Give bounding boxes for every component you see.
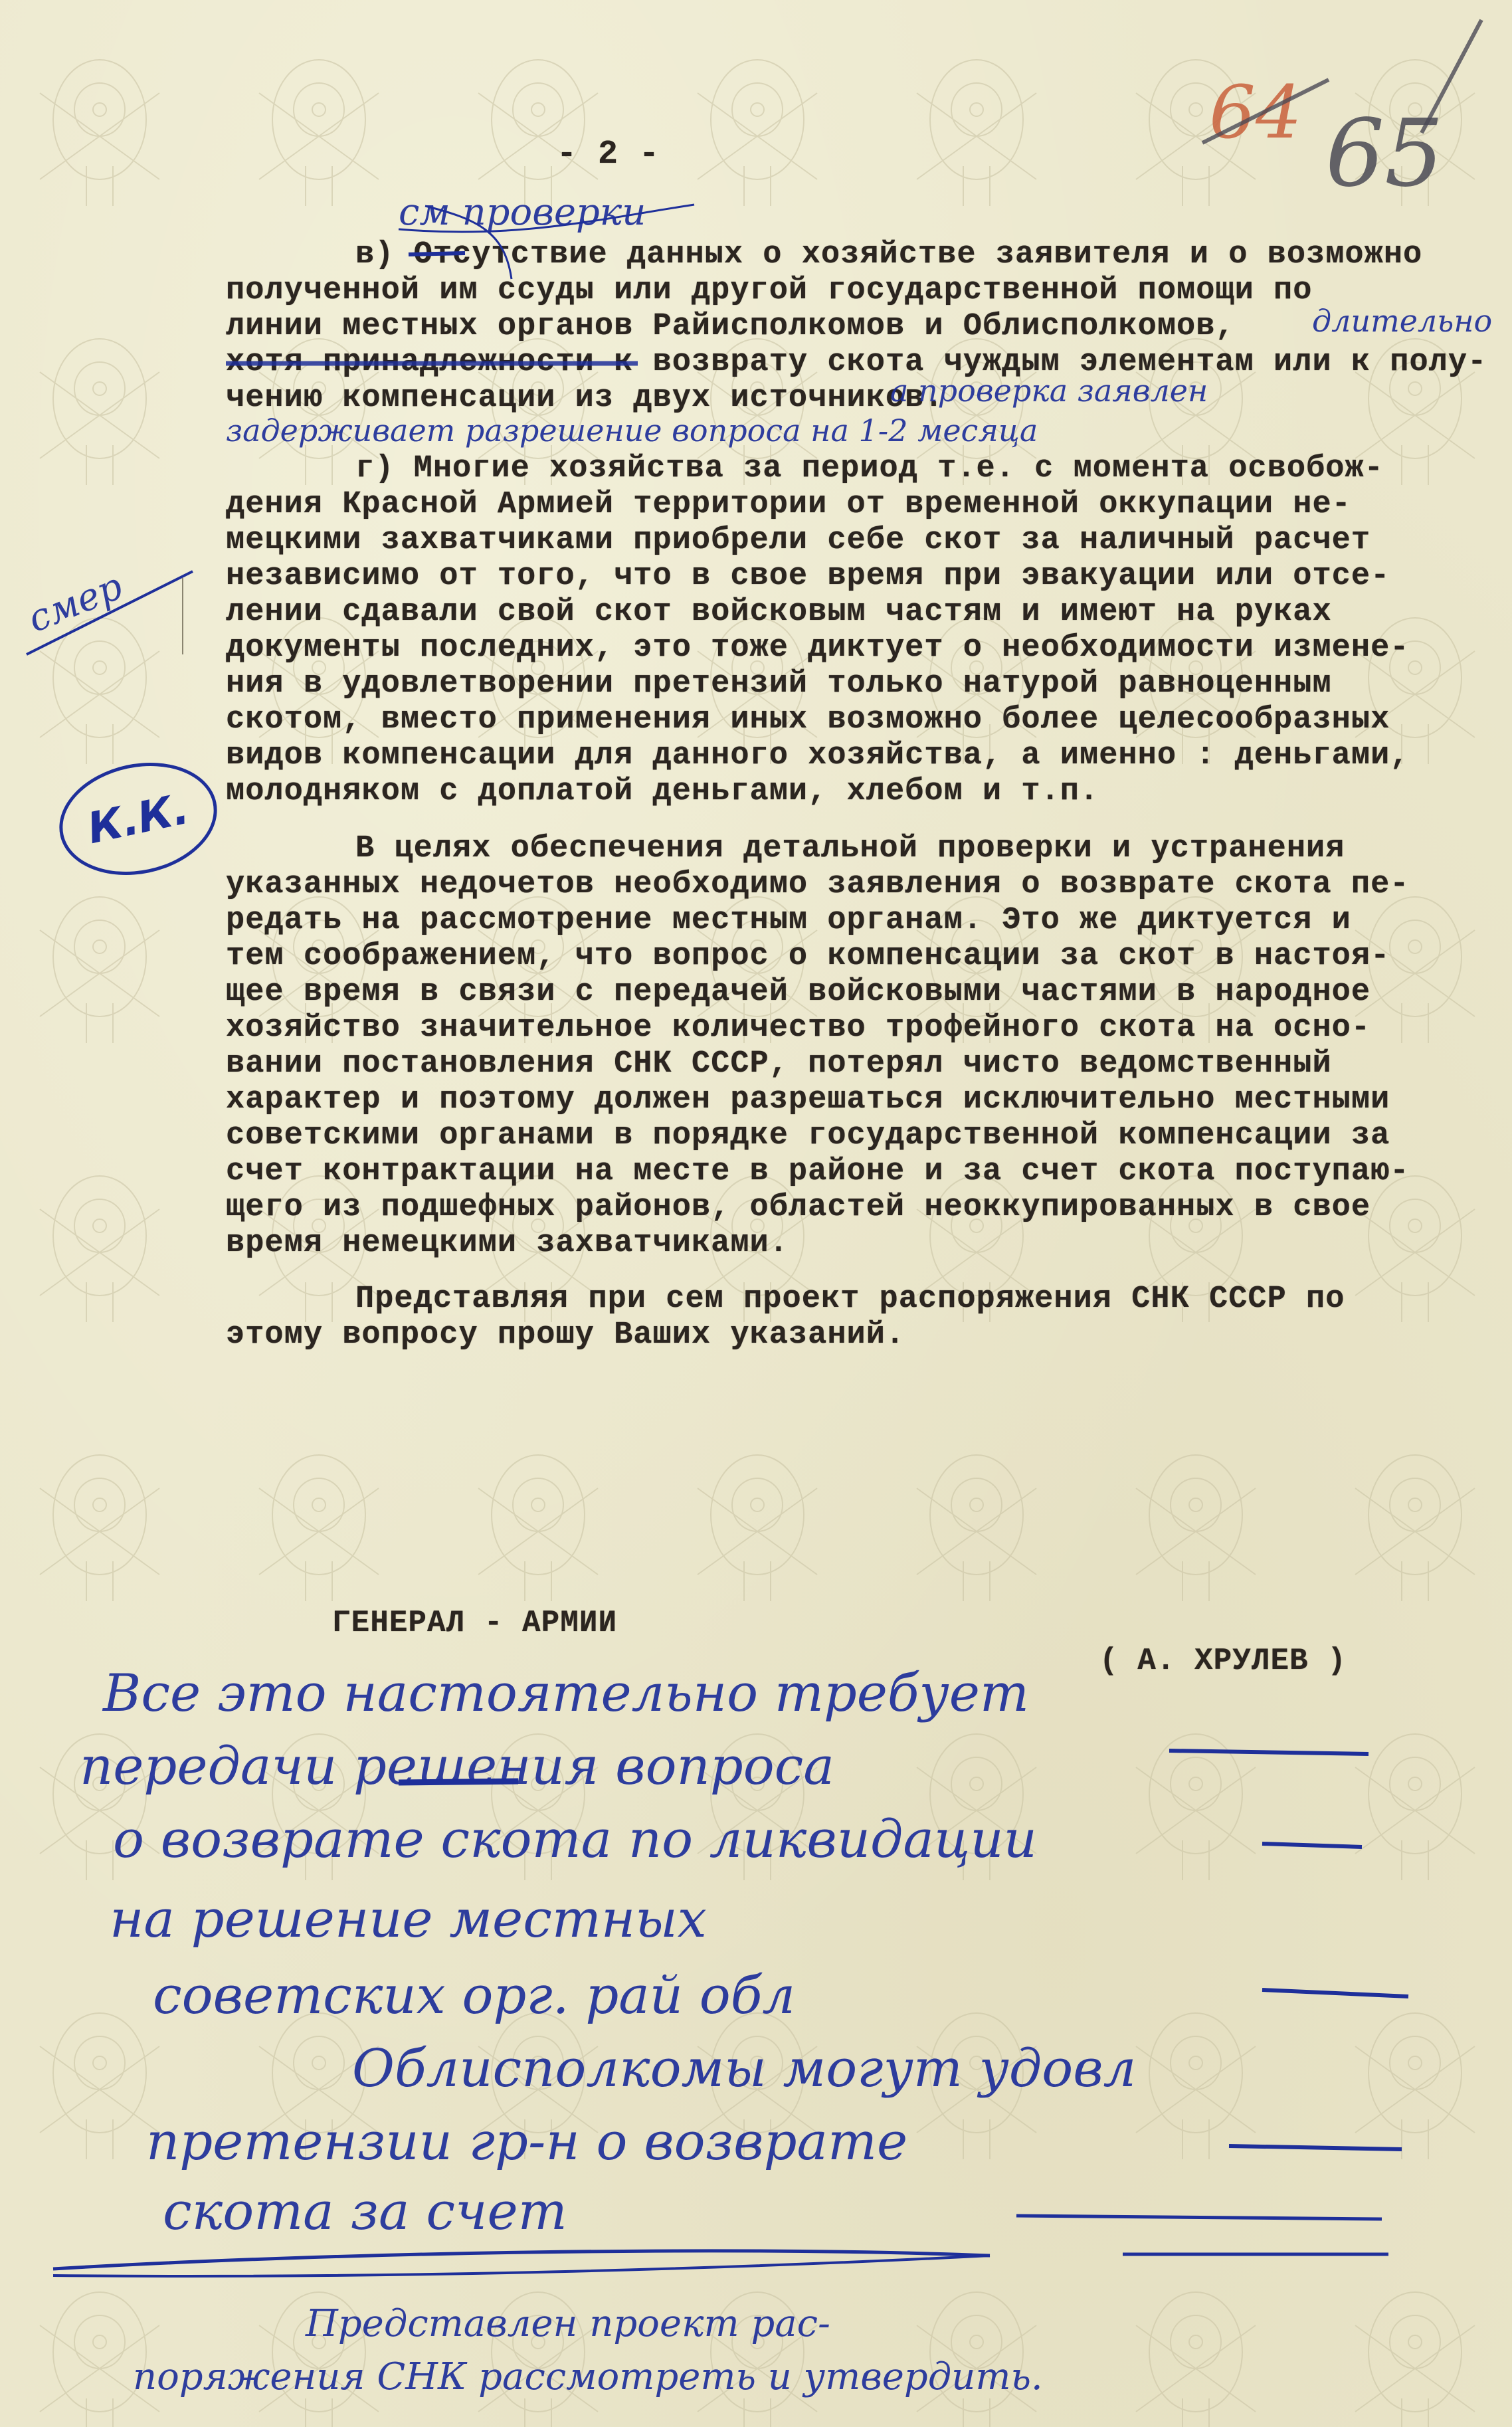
paragraph-v-line: хотя принадлежности к возврату скота чуж…: [226, 347, 1487, 378]
paragraph-g-line: скотом, вместо применения иных возможно …: [226, 704, 1390, 735]
paragraph-main-line: советскими органами в порядке государств…: [226, 1120, 1390, 1151]
signature-title: ГЕНЕРАЛ - АРМИИ: [332, 1608, 617, 1638]
circled-initials-text: К.К.: [83, 784, 193, 853]
paragraph-v-line: линии местных органов Райисполкомов и Об…: [226, 311, 1235, 342]
paragraph-g-line: мецкими захватчиками приобрели себе скот…: [226, 525, 1370, 556]
archive-old-page-number: 64: [1209, 70, 1302, 155]
resolution-line: Облисполкомы могут удовл: [352, 2043, 1136, 2095]
margin-note-left: смер: [23, 568, 128, 639]
resolution-line: передачи решения вопроса: [80, 1741, 834, 1793]
paragraph-v-line: чению компенсации из двух источников.: [226, 383, 944, 414]
paragraph-g-line: лении сдавали свой скот войсковым частям…: [226, 597, 1332, 628]
paragraph-v-line: в) Отсутствие данных о хозяйстве заявите…: [355, 239, 1422, 270]
handwritten-insert-top: см проверки: [399, 194, 646, 231]
paragraph-main-line: щего из подшефных районов, областей неок…: [226, 1192, 1370, 1223]
paragraph-closing-line: этому вопросу прошу Ваших указаний.: [226, 1319, 905, 1351]
handwritten-insert-line3: длительно: [1312, 306, 1492, 336]
archive-new-page-number: 65: [1325, 100, 1444, 208]
paragraph-main-line: вании постановления СНК СССР, потерял чи…: [226, 1048, 1332, 1080]
paragraph-main-line: время немецкими захватчиками.: [226, 1228, 789, 1259]
handwritten-insert-line2: задерживает разрешение вопроса на 1-2 ме…: [226, 415, 1038, 446]
paragraph-main-line: В целях обеспечения детальной проверки и…: [355, 833, 1345, 864]
paragraph-g-line: ния в удовлетворении претензий только на…: [226, 668, 1332, 700]
resolution-line: о возврате скота по ликвидации: [113, 1814, 1037, 1866]
paragraph-main-line: хозяйство значительное количество трофей…: [226, 1013, 1370, 1044]
page-number: - 2 -: [557, 138, 660, 171]
paragraph-main-line: характер и поэтому должен разрешаться ис…: [226, 1084, 1390, 1116]
resolution-line: советских орг. рай обл: [153, 1970, 795, 2022]
paragraph-g-line: г) Многие хозяйства за период т.е. с мом…: [355, 453, 1384, 484]
resolution-line: на решение местных: [110, 1893, 707, 1945]
document-page: 64 65 - 2 - см проверки в) Отсутствие да…: [0, 0, 1512, 2427]
paragraph-g-line: молодняком с доплатой деньгами, хлебом и…: [226, 776, 1099, 807]
resolution-line: претензии гр-н о возврате: [146, 2116, 907, 2168]
paragraph-main-line: щее время в связи с передачей войсковыми…: [226, 977, 1370, 1008]
circled-initials: К.К.: [48, 749, 227, 889]
paragraph-g-line: видов компенсации для данного хозяйства,…: [226, 740, 1409, 771]
paragraph-main-line: указанных недочетов необходимо заявления…: [226, 869, 1409, 900]
paragraph-v-line: полученной им ссуды или другой государст…: [226, 275, 1312, 306]
paragraph-closing-line: Представляя при сем проект распоряжения …: [355, 1284, 1345, 1315]
resolution-footer-line: Представлен проект рас-: [306, 2305, 830, 2343]
handwritten-insert-after: а проверка заявлен: [890, 375, 1208, 406]
paragraph-g-line: независимо от того, что в свое время при…: [226, 561, 1390, 592]
paragraph-g-line: дения Красной Армией территории от време…: [226, 489, 1351, 520]
resolution-footer-line: поряжения СНК рассмотреть и утвердить.: [133, 2359, 1043, 2396]
resolution-line: Все это настоятельно требует: [103, 1668, 1029, 1719]
paragraph-g-line: документы последних, это тоже диктует о …: [226, 632, 1409, 664]
signature-name: ( А. ХРУЛЕВ ): [1099, 1646, 1347, 1676]
paragraph-main-line: счет контрактации на месте в районе и за…: [226, 1156, 1409, 1187]
resolution-line: скота за счет: [163, 2186, 567, 2238]
paragraph-main-line: тем соображением, что вопрос о компенсац…: [226, 941, 1390, 972]
paragraph-main-line: редать на рассмотрение местным органам. …: [226, 905, 1351, 936]
